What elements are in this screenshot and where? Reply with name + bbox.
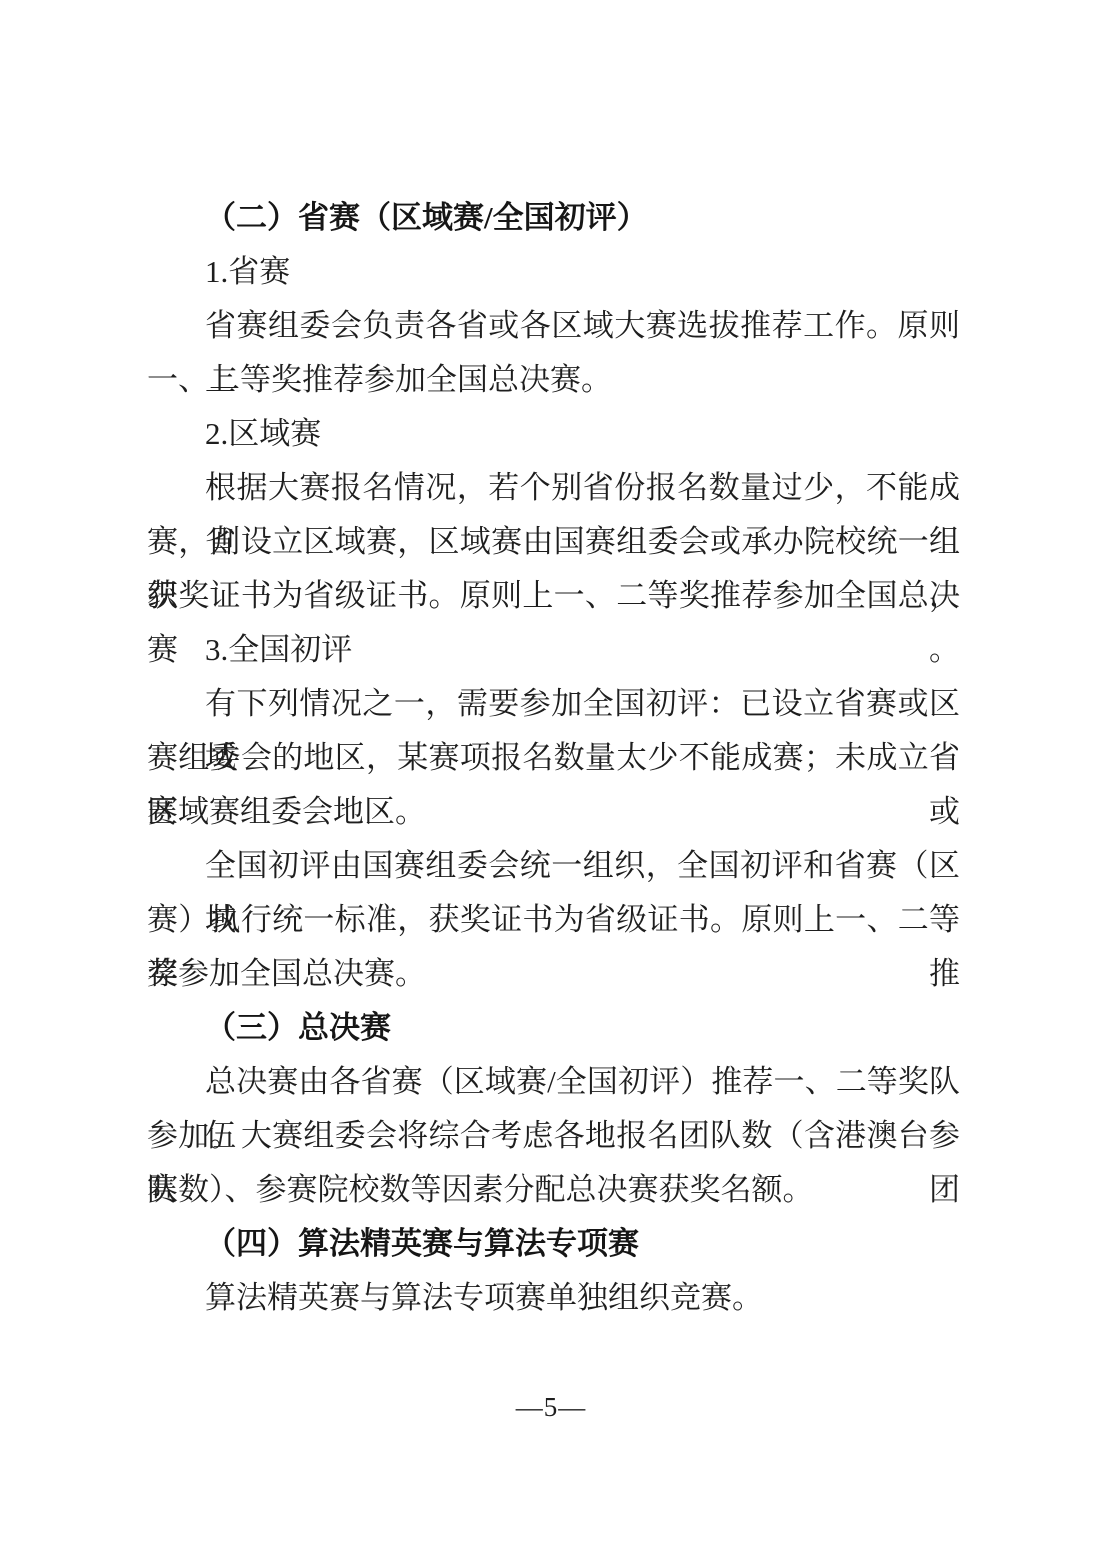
body-line: 省赛组委会负责各省或各区域大赛选拔推荐工作。原则上 [147, 299, 960, 353]
document-page: （二）省赛（区域赛/全国初评）1.省赛省赛组委会负责各省或各区域大赛选拔推荐工作… [0, 0, 1102, 1559]
section-heading: （三）总决赛 [147, 1001, 960, 1055]
body-line: 赛组委会的地区，某赛项报名数量太少不能成赛；未成立省赛或 [147, 731, 960, 785]
body-line: 赛）执行统一标准，获奖证书为省级证书。原则上一、二等奖推 [147, 893, 960, 947]
body-line: 赛，则设立区域赛，区域赛由国赛组委会或承办院校统一组织， [147, 515, 960, 569]
section-heading: （二）省赛（区域赛/全国初评） [147, 191, 960, 245]
numbered-subheading: 2.区域赛 [147, 407, 960, 461]
numbered-subheading: 1.省赛 [147, 245, 960, 299]
page-footer: —5— [0, 1392, 1102, 1423]
body-line: 根据大赛报名情况，若个别省份报名数量过少，不能成省 [147, 461, 960, 515]
body-line: 获奖证书为省级证书。原则上一、二等奖推荐参加全国总决赛。 [147, 569, 960, 623]
page-number: —5— [516, 1392, 587, 1422]
body-line: 算法精英赛与算法专项赛单独组织竞赛。 [147, 1271, 960, 1325]
section-heading: （四）算法精英赛与算法专项赛 [147, 1217, 960, 1271]
body-line: 有下列情况之一，需要参加全国初评：已设立省赛或区域 [147, 677, 960, 731]
body-line: 总决赛由各省赛（区域赛/全国初评）推荐一、二等奖队伍 [147, 1055, 960, 1109]
document-text-block: （二）省赛（区域赛/全国初评）1.省赛省赛组委会负责各省或各区域大赛选拔推荐工作… [147, 191, 960, 1325]
body-line: 全国初评由国赛组委会统一组织，全国初评和省赛（区域 [147, 839, 960, 893]
body-line: 一、二等奖推荐参加全国总决赛。 [147, 353, 960, 407]
body-line: 参加。大赛组委会将综合考虑各地报名团队数（含港澳台参赛团 [147, 1109, 960, 1163]
